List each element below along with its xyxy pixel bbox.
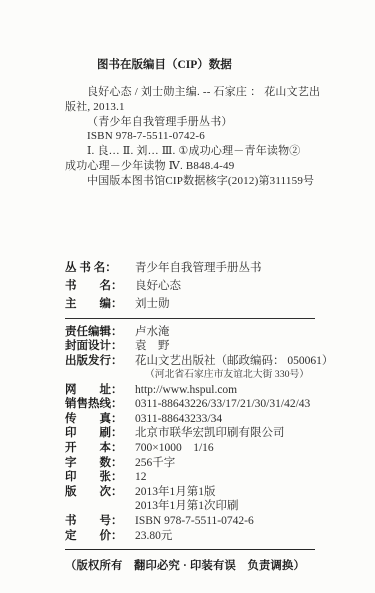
- cip-section: 图书在版编目（CIP）数据 良好心态 / 刘士勋主编. -- 石家庄 ： 花山文…: [65, 56, 315, 189]
- cip-line: 版社, 2013.1: [65, 100, 315, 115]
- publication-info-section: 责任编辑：卢水淹 封面设计：袁 野 出版发行：花山文艺出版社（邮政编码： 050…: [65, 325, 315, 544]
- edition-row: 版 次：2013年1月第1版: [65, 485, 315, 500]
- isbn-row: 书 号：ISBN 978-7-5511-0742-6: [65, 514, 315, 529]
- chief-editor-value: 刘士勋: [135, 298, 170, 310]
- chief-editor-label: 主 编：: [65, 295, 135, 313]
- price-label: 定 价：: [65, 529, 135, 544]
- cip-line: 中国版本图书馆CIP数据核字(2012)第311159号: [65, 174, 315, 189]
- printer-row: 印 刷：北京市联华宏凯印刷有限公司: [65, 426, 315, 441]
- book-copyright-page: 图书在版编目（CIP）数据 良好心态 / 刘士勋主编. -- 石家庄 ： 花山文…: [0, 0, 375, 593]
- responsible-editor-value: 卢水淹: [135, 326, 170, 338]
- book-title-value: 良好心态: [135, 280, 181, 292]
- cip-line: （青少年自我管理手册丛书）: [65, 115, 315, 130]
- format-value: 700×1000 1/16: [135, 442, 214, 454]
- sales-hotline-label: 销售热线：: [65, 397, 135, 412]
- word-count-row: 字 数：256千字: [65, 456, 315, 471]
- fax-value: 0311-88643233/34: [135, 413, 222, 425]
- publisher-value: 花山文艺出版社（邮政编码： 050061）: [135, 355, 333, 367]
- cip-title: 图书在版编目（CIP）数据: [65, 56, 315, 72]
- series-title-row: 丛 书 名：青少年自我管理手册丛书: [65, 259, 315, 277]
- edition-value: 2013年1月第1版: [135, 486, 216, 498]
- chief-editor-row: 主 编：刘士勋: [65, 295, 315, 313]
- cover-design-label: 封面设计：: [65, 339, 135, 354]
- website-value: http://www.hspul.com: [135, 384, 237, 396]
- series-title-value: 青少年自我管理手册丛书: [135, 262, 262, 274]
- website-label: 网 址：: [65, 383, 135, 398]
- print-sheets-value: 12: [135, 471, 147, 483]
- edition-print-run: 2013年1月第1次印刷: [65, 499, 315, 514]
- printer-value: 北京市联华宏凯印刷有限公司: [135, 427, 285, 439]
- word-count-value: 256千字: [135, 457, 175, 469]
- isbn-label: 书 号：: [65, 514, 135, 529]
- price-row: 定 价：23.80元: [65, 529, 315, 544]
- publisher-address: （河北省石家庄市友谊北大街 330号）: [65, 368, 315, 382]
- sales-hotline-row: 销售热线：0311-88643226/33/17/21/30/31/42/43: [65, 397, 315, 412]
- cover-design-value: 袁 野: [135, 340, 170, 352]
- website-row: 网 址：http://www.hspul.com: [65, 383, 315, 398]
- print-sheets-label: 印 张：: [65, 470, 135, 485]
- publisher-row: 出版发行：花山文艺出版社（邮政编码： 050061）: [65, 354, 315, 369]
- edition-label: 版 次：: [65, 485, 135, 500]
- responsible-editor-row: 责任编辑：卢水淹: [65, 325, 315, 340]
- cip-line: 良好心态 / 刘士勋主编. -- 石家庄 ： 花山文艺出: [65, 85, 315, 100]
- cip-line: Ⅰ. 良… Ⅱ. 刘… Ⅲ. ①成功心理－青年读物②: [65, 144, 315, 159]
- cip-line: ISBN 978-7-5511-0742-6: [65, 129, 315, 144]
- price-value: 23.80元: [135, 530, 172, 542]
- book-title-row: 书 名：良好心态: [65, 277, 315, 295]
- book-title-label: 书 名：: [65, 277, 135, 295]
- printer-label: 印 刷：: [65, 426, 135, 441]
- format-label: 开 本：: [65, 441, 135, 456]
- responsible-editor-label: 责任编辑：: [65, 325, 135, 340]
- format-row: 开 本：700×1000 1/16: [65, 441, 315, 456]
- cip-line: 成功心理－少年读物 Ⅳ. B848.4-49: [65, 159, 315, 174]
- sales-hotline-value: 0311-88643226/33/17/21/30/31/42/43: [135, 398, 310, 410]
- title-info-section: 丛 书 名：青少年自我管理手册丛书 书 名：良好心态 主 编：刘士勋: [65, 259, 315, 313]
- word-count-label: 字 数：: [65, 456, 135, 471]
- fax-label: 传 真：: [65, 412, 135, 427]
- publisher-label: 出版发行：: [65, 354, 135, 369]
- divider: [65, 549, 315, 550]
- fax-row: 传 真：0311-88643233/34: [65, 412, 315, 427]
- print-sheets-row: 印 张：12: [65, 470, 315, 485]
- series-title-label: 丛 书 名：: [65, 259, 135, 277]
- copyright-notice: （版权所有 翻印必究 · 印装有误 负责调换）: [65, 557, 315, 573]
- divider: [65, 318, 315, 319]
- isbn-value: ISBN 978-7-5511-0742-6: [135, 515, 254, 527]
- cover-design-row: 封面设计：袁 野: [65, 339, 315, 354]
